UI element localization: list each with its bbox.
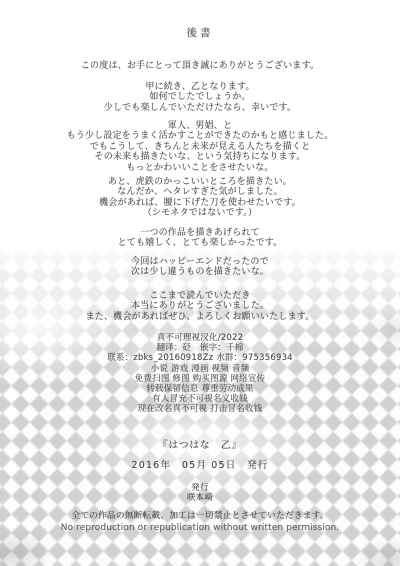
text-line: 一つの作品を描きあげられて: [0, 228, 400, 238]
credit-line-contact: 联系：zbks_20160918Zz 水群：975356934: [0, 353, 400, 363]
publisher-block: 発行 咲本崎: [0, 483, 400, 503]
text-line: なんだか、ヘタレすぎた気がしました。: [0, 187, 400, 197]
page-content: 後書 この度は、お手にとって頂き誠にありがとうございます。 甲に続き、乙となりま…: [0, 0, 400, 566]
text-line: この度は、お手にとって頂き誠にありがとうございます。: [0, 61, 400, 71]
notice-english: No reproduction or republication without…: [0, 523, 400, 533]
text-line: 本当にありがとうございました。: [0, 301, 400, 311]
text-line: 次は少し違うものを描きたいな。: [0, 267, 400, 277]
copyright-notices: 全ての作品の無断転載、加工は一切禁止とさせていただきます。 No reprodu…: [0, 511, 400, 533]
text-line: あと、虎鉄のかっこいいところを描きたい。: [0, 177, 400, 187]
credit-line-staff: 翻译：砭 嵌字：千棉: [0, 343, 400, 353]
text-line: その未来も描きたいな、という気持ちになります。: [0, 152, 400, 162]
paragraph-greeting: この度は、お手にとって頂き誠にありがとうございます。: [0, 61, 400, 71]
text-line: もう少し設定をうまく活かすことができたのかもと感じました。: [0, 131, 400, 141]
text-line: 今回はハッピーエンドだったので: [0, 257, 400, 267]
scanlation-credits-block: 真不可理视汉化/2022 翻译：砭 嵌字：千棉 联系：zbks_20160918…: [0, 333, 400, 415]
book-title: 『はつはな 乙』: [0, 437, 400, 451]
publish-date: 2016年 05月 05日 発行: [0, 457, 400, 471]
credit-line-repost-note: 转载保留信息 尊重劳动成果: [0, 384, 400, 394]
credit-line-group: 真不可理视汉化/2022: [0, 333, 400, 343]
text-line: 甲に続き、乙となります。: [0, 82, 400, 92]
paragraph-thanks: ここまで読んでいただき 本当にありがとうございました。 また、機会があればぜひ、…: [0, 291, 400, 322]
paragraph-setting: 軍人、男娼、と もう少し設定をうまく活かすことができたのかもと感じました。 でも…: [0, 121, 400, 173]
publisher-label: 発行: [0, 483, 400, 493]
credit-line-services: 免费扫图 修图 购买图源 网络宣传: [0, 374, 400, 384]
credit-line-media: 小说 游戏 漫画 视频 音频: [0, 364, 400, 374]
publisher-name: 咲本崎: [0, 493, 400, 503]
text-line: とても嬉しく、とても楽しかったです。: [0, 238, 400, 248]
paragraph-finished-work: 一つの作品を描きあげられて とても嬉しく、とても楽しかったです。: [0, 228, 400, 249]
afterword-title: 後書: [0, 25, 400, 40]
paragraph-volume: 甲に続き、乙となります。 如何でしたでしょうか。 少しでも楽しんでいただけたなら…: [0, 82, 400, 113]
text-line: でもこうして、きちんと未来が見える人たちを描くと: [0, 142, 400, 152]
notice-japanese: 全ての作品の無断転載、加工は一切禁止とさせていただきます。: [0, 511, 400, 521]
text-line: ここまで読んでいただき: [0, 291, 400, 301]
scanned-afterword-page: 後書 この度は、お手にとって頂き誠にありがとうございます。 甲に続き、乙となりま…: [0, 0, 400, 566]
text-line: もっとかわいいことをさせたいな。: [0, 163, 400, 173]
text-line: 如何でしたでしょうか。: [0, 92, 400, 102]
text-line: 機会があれば、腰に下げた刀を使わせたいです。: [0, 198, 400, 208]
credit-line-warning-1: 有人冒充不可视名义收钱: [0, 394, 400, 404]
text-line: 軍人、男娼、と: [0, 121, 400, 131]
paragraph-kotetsu: あと、虎鉄のかっこいいところを描きたい。 なんだか、ヘタレすぎた気がしました。 …: [0, 177, 400, 219]
paragraph-next-work: 今回はハッピーエンドだったので 次は少し違うものを描きたいな。: [0, 257, 400, 278]
credit-line-warning-2: 现在改名真不可视 打击冒名收钱: [0, 404, 400, 414]
text-line: また、機会があればぜひ、よろしくお願いいたします。: [0, 312, 400, 322]
text-line: 少しでも楽しんでいただけたなら、幸いです。: [0, 103, 400, 113]
text-line: （シモネタではないです。）: [0, 208, 400, 218]
